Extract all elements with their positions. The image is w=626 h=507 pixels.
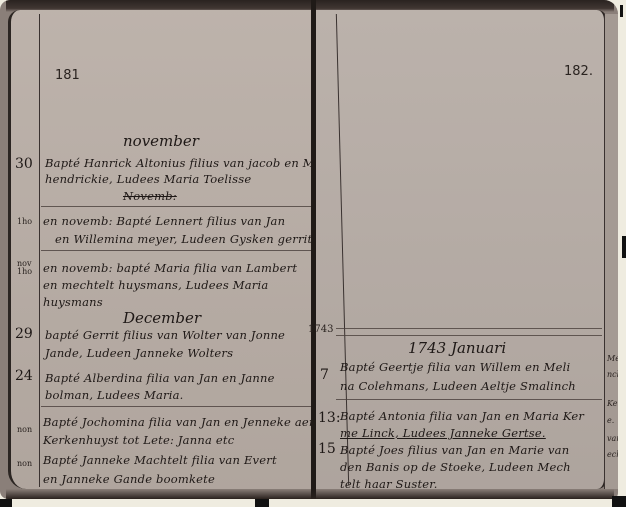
entry-line: en novemb: Bapté Lennert filius van Jan <box>43 214 285 228</box>
entry-date: 30 <box>15 156 33 172</box>
section-divider <box>336 335 602 336</box>
edge-fragment: nch <box>607 370 618 379</box>
month-heading-december: December <box>123 309 201 327</box>
scan-corner-mark <box>612 496 626 507</box>
book-bottom-edge <box>6 489 614 499</box>
entry-line: Kerkenhuyst tot Lete: Janna etc <box>43 433 234 447</box>
row-divider <box>41 206 311 207</box>
entry-line: na Colehmans, Ludeen Aeltje Smalinch <box>340 379 576 393</box>
entry-line: Bapté Antonia filia van Jan en Maria Ker <box>340 409 584 423</box>
entry-date: non <box>17 426 32 434</box>
entry-date: 15 <box>318 441 336 457</box>
entry-line: Bapté Joes filius van Jan en Marie van <box>340 443 569 457</box>
entry-line: me Linck, Ludees Janneke Gertse. <box>340 426 546 440</box>
entry-line: en Willemina meyer, Ludeen Gysken gerrit… <box>55 232 325 246</box>
month-heading-januari: 1743 Januari <box>408 339 506 357</box>
entry-line: bapté Gerrit filius van Wolter van Jonne <box>45 328 285 342</box>
entry-line: Bapté Janneke Machtelt filia van Evert <box>43 453 277 467</box>
next-page-edge: Meli nch Ker e. van ech <box>604 14 618 489</box>
edge-fragment: Ker <box>607 399 618 408</box>
scan-corner-mark <box>0 499 12 507</box>
edge-fragment: van <box>607 434 618 443</box>
entry-line: Bapté Alberdina filia van Jan en Janne <box>45 371 275 385</box>
scan-edge-mark <box>622 236 626 258</box>
row-divider <box>41 406 311 407</box>
page-number-left: 181 <box>55 68 80 83</box>
entry-line: en novemb: bapté Maria filia van Lambert <box>43 261 297 275</box>
entry-line: bolman, Ludees Maria. <box>45 388 184 402</box>
row-divider <box>41 250 311 251</box>
entry-line: Jande, Ludeen Janneke Wolters <box>45 346 233 360</box>
entry-date: non <box>17 460 32 468</box>
entry-date: nov 1ho <box>17 260 37 276</box>
entry-line: Bapté Geertje filia van Willem en Meli <box>340 360 570 374</box>
scan-corner-mark <box>255 499 269 507</box>
entry-line: Bapté Jochomina filia van Jan en Jenneke… <box>43 415 317 429</box>
entry-line: Bapté Hanrick Altonius filius van jacob … <box>45 156 322 170</box>
entry-line: den Banis op de Stoeke, Ludeen Mech <box>340 460 571 474</box>
entry-date: 24 <box>15 368 33 384</box>
struck-heading: Novemb: <box>123 189 177 203</box>
section-divider <box>336 328 602 329</box>
year-margin-note: 1743 <box>308 326 333 334</box>
entry-date: 1ho <box>17 218 32 226</box>
left-page: 181 november 30 Bapté Hanrick Altonius f… <box>8 10 315 489</box>
entry-date: 7 <box>320 367 329 383</box>
entry-date: 13: <box>318 410 341 426</box>
entry-date: 29 <box>15 326 33 342</box>
entry-line: en mechtelt huysmans, Ludees Maria <box>43 278 268 292</box>
entry-line: huysmans <box>43 295 103 309</box>
edge-fragment: e. <box>607 416 614 425</box>
scan-edge-mark <box>620 5 623 17</box>
page-number-right: 182. <box>564 64 593 79</box>
edge-fragment: Meli <box>607 354 618 363</box>
left-margin-rule <box>39 14 40 487</box>
entry-line: hendrickie, Ludees Maria Toelisse <box>45 172 251 186</box>
edge-fragment: ech <box>607 450 618 459</box>
document-scan: 181 november 30 Bapté Hanrick Altonius f… <box>0 0 618 499</box>
entry-line: en Janneke Gande boomkete <box>43 472 215 486</box>
month-heading-november: november <box>123 132 199 150</box>
right-page: 182. 1743 1743 Januari 7 Bapté Geertje f… <box>316 10 607 489</box>
row-divider <box>336 399 602 400</box>
